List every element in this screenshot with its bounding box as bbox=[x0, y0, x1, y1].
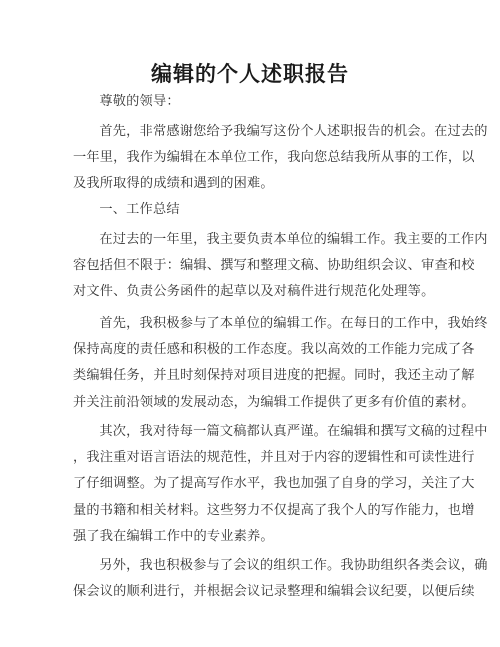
text-line: 容包括但不限于：编辑、撰写和整理文稿、协助组织会议、审查和校 bbox=[73, 253, 425, 279]
paragraph-intro: 首先，非常感谢您给予我编写这份个人述职报告的机会。在过去的 一年里，我作为编辑在… bbox=[73, 119, 425, 198]
text-line: 保持高度的责任感和积极的工作态度。我以高效的工作能力完成了各 bbox=[73, 337, 425, 363]
text-line: 强了我在编辑工作中的专业素养。 bbox=[73, 524, 425, 550]
text-line: 及我所取得的成绩和遇到的困难。 bbox=[73, 171, 425, 197]
paragraph-third: 另外，我也积极参与了会议的组织工作。我协助组织各类会议，确 保会议的顺利进行，并… bbox=[73, 553, 425, 605]
text-line: 量的书籍和相关材料。这些努力不仅提高了我个人的写作能力，也增 bbox=[73, 498, 425, 524]
paragraph-summary: 在过去的一年里，我主要负责本单位的编辑工作。我主要的工作内 容包括但不限于：编辑… bbox=[73, 227, 425, 306]
text-line: 了仔细调整。为了提高写作水平，我也加强了自身的学习，关注了大 bbox=[73, 471, 425, 497]
text-line: ，我注重对语言语法的规范性，并且对于内容的逻辑性和可读性进行 bbox=[73, 445, 425, 471]
document-title: 编辑的个人述职报告 bbox=[0, 58, 500, 88]
paragraph-second: 其次，我对待每一篇文稿都认真严谨。在编辑和撰写文稿的过程中 ，我注重对语言语法的… bbox=[73, 419, 425, 550]
text-line: 首先，非常感谢您给予我编写这份个人述职报告的机会。在过去的 bbox=[73, 119, 425, 145]
text-line: 另外，我也积极参与了会议的组织工作。我协助组织各类会议，确 bbox=[73, 553, 425, 579]
text-line: 一年里，我作为编辑在本单位工作，我向您总结我所从事的工作，以 bbox=[73, 145, 425, 171]
text-line: 其次，我对待每一篇文稿都认真严谨。在编辑和撰写文稿的过程中 bbox=[73, 419, 425, 445]
text-line: 类编辑任务，并且时刻保持对项目进度的把握。同时，我还主动了解 bbox=[73, 363, 425, 389]
greeting: 尊敬的领导： bbox=[73, 89, 425, 115]
text-line: 对文件、负责公务函件的起草以及对稿件进行规范化处理等。 bbox=[73, 279, 425, 305]
paragraph-first: 首先，我积极参与了本单位的编辑工作。在每日的工作中，我始终 保持高度的责任感和积… bbox=[73, 311, 425, 416]
text-line: 并关注前沿领域的发展动态，为编辑工作提供了更多有价值的素材。 bbox=[73, 390, 425, 416]
text-line: 首先，我积极参与了本单位的编辑工作。在每日的工作中，我始终 bbox=[73, 311, 425, 337]
text-line: 保会议的顺利进行，并根据会议记录整理和编辑会议纪要，以便后续 bbox=[73, 579, 425, 605]
text-line: 在过去的一年里，我主要负责本单位的编辑工作。我主要的工作内 bbox=[73, 227, 425, 253]
section-heading-text: 一、工作总结 bbox=[73, 197, 425, 223]
section-heading: 一、工作总结 bbox=[73, 197, 425, 223]
